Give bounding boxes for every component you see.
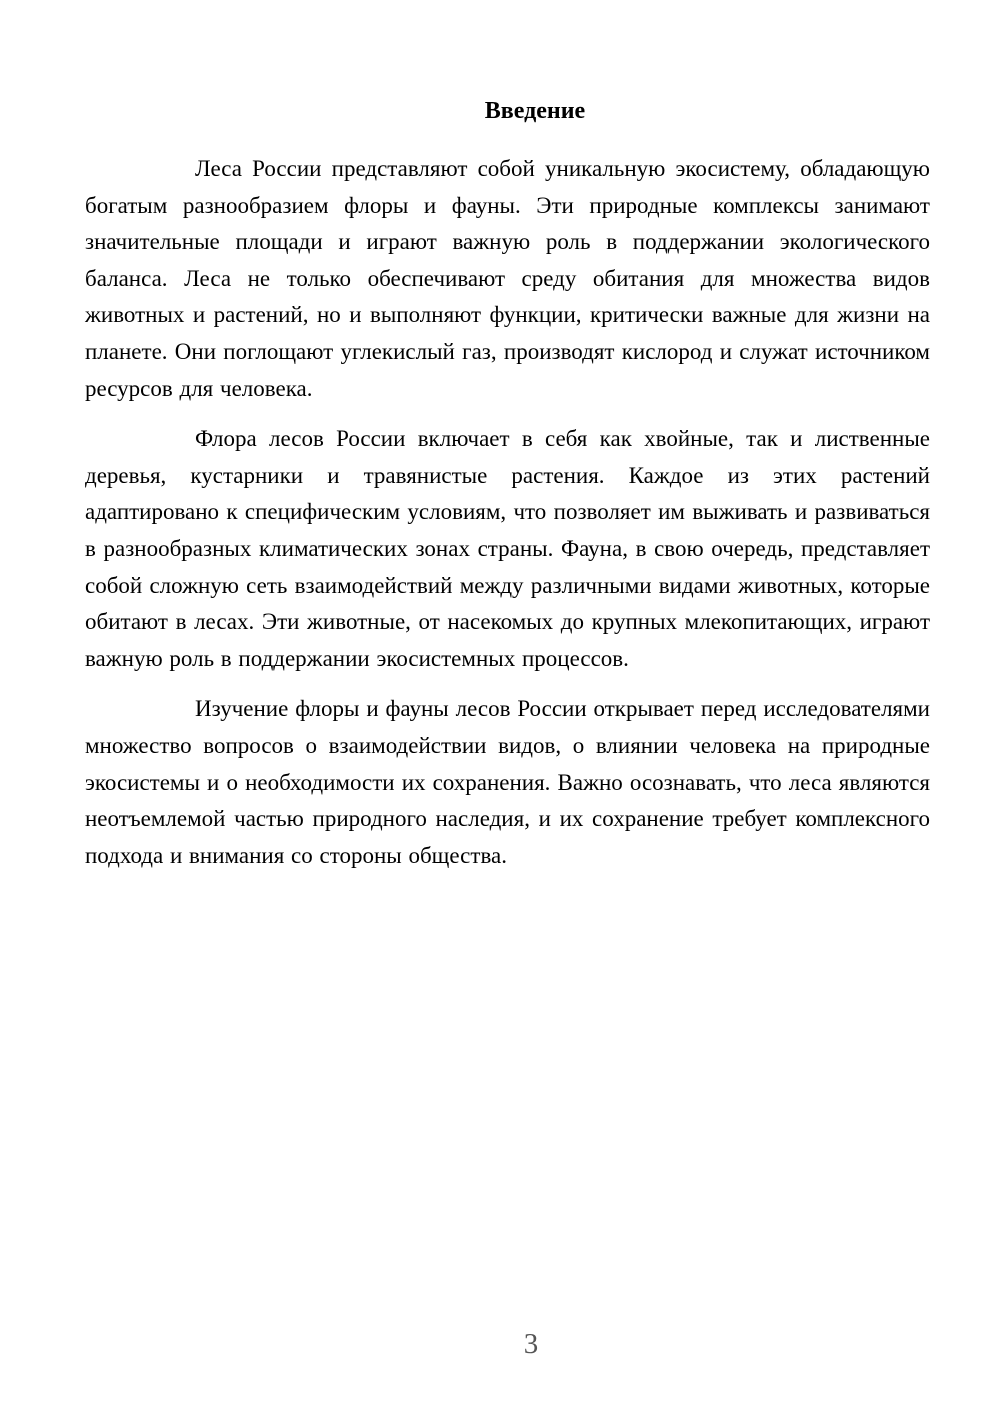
document-page: Введение Леса России представляют собой … — [0, 0, 1000, 1414]
paragraph: Флора лесов России включает в себя как х… — [85, 421, 930, 677]
text-block: Введение Леса России представляют собой … — [85, 97, 930, 874]
paragraph: Леса России представляют собой уникальну… — [85, 151, 930, 407]
page-number: 3 — [0, 1328, 1000, 1360]
section-title: Введение — [85, 97, 930, 125]
paragraph: Изучение флоры и фауны лесов России откр… — [85, 691, 930, 874]
